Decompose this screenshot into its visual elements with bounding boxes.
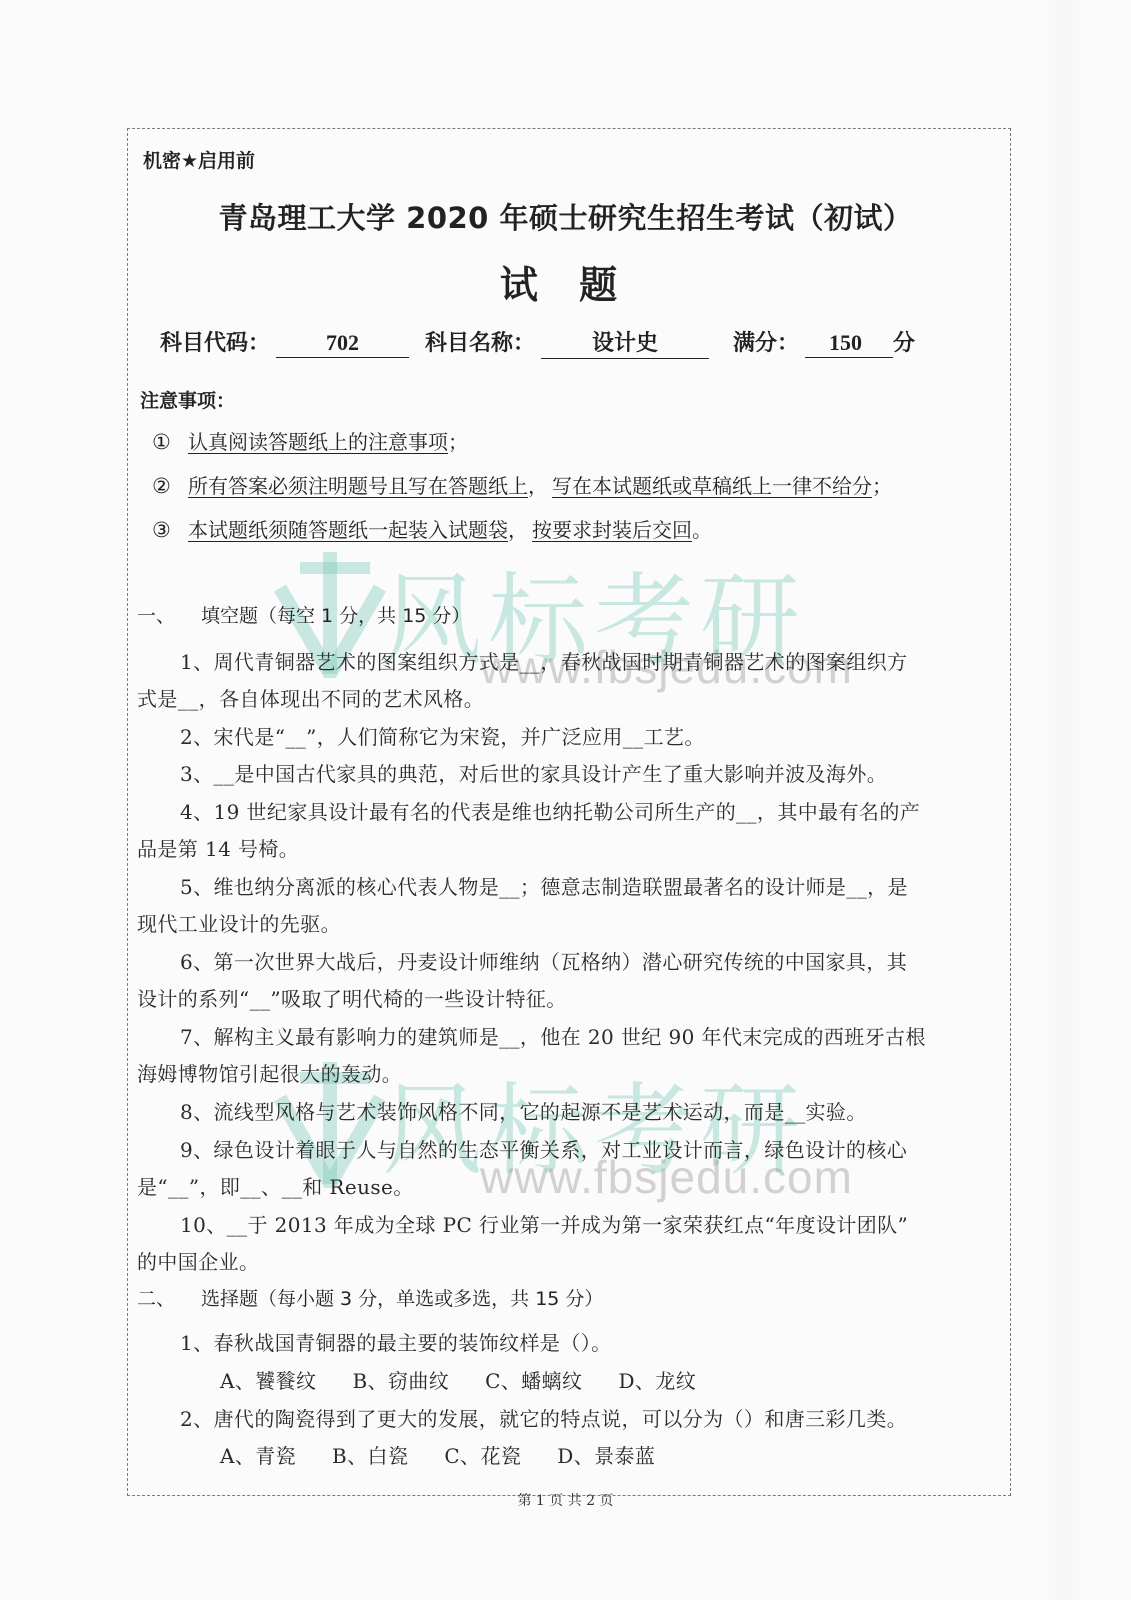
notice-number: ② [152,474,188,498]
question-line: 2、宋代是“__”，人们简称它为宋瓷，并广泛应用__工艺。 [180,721,705,750]
question-line: 10、__于 2013 年成为全球 PC 行业第一并成为第一家荣获红点“年度设计… [180,1209,908,1238]
subject-name-value: 设计史 [541,326,709,359]
question-line: 品是第 14 号椅。 [137,833,299,862]
notice-end-punct: 。 [692,514,712,543]
subject-name-label: 科目名称： [425,326,535,357]
question-line: 现代工业设计的先驱。 [137,908,341,937]
page-indicator: 第 1 页 共 2 页 [0,1490,1131,1510]
notice-text: 本试题纸须随答题纸一起装入试题袋 [188,514,508,543]
choice-question-stem: 1、春秋战国青铜器的最主要的装饰纹样是（）。 [180,1327,612,1356]
notice-text: 所有答案必须注明题号且写在答题纸上 [188,470,528,499]
full-score-value: 150 [805,330,893,358]
subject-info-row: 科目代码： 702 科目名称： 设计史 满分： 150 分 [160,326,915,359]
notice-separator: ， [508,514,528,543]
section-number: 二、 [137,1284,201,1311]
choice-options: A、饕餮纹 B、窃曲纹 C、蟠螭纹 D、龙纹 [220,1365,732,1394]
notice-item: ① 认真阅读答题纸上的注意事项 ； [152,426,468,455]
confidential-label: 机密★启用前 [143,146,255,173]
question-line: 9、绿色设计着眼于人与自然的生态平衡关系，对工业设计而言，绿色设计的核心 [180,1134,907,1163]
option-a: A、青瓷 [220,1440,296,1469]
question-line: 3、__是中国古代家具的典范，对后世的家具设计产生了重大影响并波及海外。 [180,758,887,787]
notice-item: ③ 本试题纸须随答题纸一起装入试题袋 ， 按要求封装后交回 。 [152,514,712,543]
option-d: D、景泰蓝 [557,1440,655,1469]
option-c: C、蟠螭纹 [485,1365,582,1394]
option-b: B、窃曲纹 [352,1365,449,1394]
question-line: 1、周代青铜器艺术的图案组织方式是__，春秋战国时期青铜器艺术的图案组织方 [180,646,908,675]
option-d: D、龙纹 [618,1365,696,1394]
option-c: C、花瓷 [444,1440,521,1469]
notice-text: 认真阅读答题纸上的注意事项 [188,426,448,455]
question-line: 7、解构主义最有影响力的建筑师是__，他在 20 世纪 90 年代末完成的西班牙… [180,1021,926,1050]
exam-subtitle: 试 题 [0,254,1131,309]
option-a: A、饕餮纹 [220,1365,316,1394]
notice-end-punct: ； [448,426,468,455]
question-line: 设计的系列“__”吸取了明代椅的一些设计特征。 [137,983,567,1012]
question-line: 8、流线型风格与艺术装饰风格不同，它的起源不是艺术运动，而是__实验。 [180,1096,867,1125]
subject-code-value: 702 [276,330,409,358]
question-line: 海姆博物馆引起很大的轰动。 [137,1058,402,1087]
question-line: 4、19 世纪家具设计最有名的代表是维也纳托勒公司所生产的__，其中最有名的产 [180,796,920,825]
notice-text: 按要求封装后交回 [532,514,692,543]
full-score-label: 满分： [733,326,799,357]
notice-number: ① [152,430,188,454]
scan-shadow [1041,0,1091,1600]
notice-end-punct: ； [872,470,892,499]
notice-number: ③ [152,518,188,542]
section-title: 选择题（每小题 3 分，单选或多选，共 15 分） [201,1284,603,1311]
question-line: 6、第一次世界大战后，丹麦设计师维纳（瓦格纳）潜心研究传统的中国家具，其 [180,946,907,975]
question-line: 的中国企业。 [137,1246,259,1275]
notice-item: ② 所有答案必须注明题号且写在答题纸上 ， 写在本试题纸或草稿纸上一律不给分 ； [152,470,892,499]
subject-code-label: 科目代码： [160,326,270,357]
question-line: 是“__”，即__、__和 Reuse。 [137,1171,414,1200]
section-number: 一、 [137,601,201,628]
choice-options: A、青瓷 B、白瓷 C、花瓷 D、景泰蓝 [220,1440,691,1469]
section-heading-fill-blank: 一、 填空题（每空 1 分，共 15 分） [137,601,470,628]
section-heading-multiple-choice: 二、 选择题（每小题 3 分，单选或多选，共 15 分） [137,1284,603,1311]
question-line: 5、维也纳分离派的核心代表人物是__；德意志制造联盟最著名的设计师是__，是 [180,871,908,900]
exam-title: 青岛理工大学 2020 年硕士研究生招生考试（初试） [0,196,1131,237]
notice-separator: ， [528,470,548,499]
question-line: 式是__，各自体现出不同的艺术风格。 [137,683,484,712]
full-score-unit: 分 [893,326,915,357]
notice-text: 写在本试题纸或草稿纸上一律不给分 [552,470,872,499]
section-title: 填空题（每空 1 分，共 15 分） [201,601,470,628]
choice-question-stem: 2、唐代的陶瓷得到了更大的发展，就它的特点说，可以分为（）和唐三彩几类。 [180,1403,907,1432]
option-b: B、白瓷 [332,1440,408,1469]
notice-heading: 注意事项： [140,386,235,413]
